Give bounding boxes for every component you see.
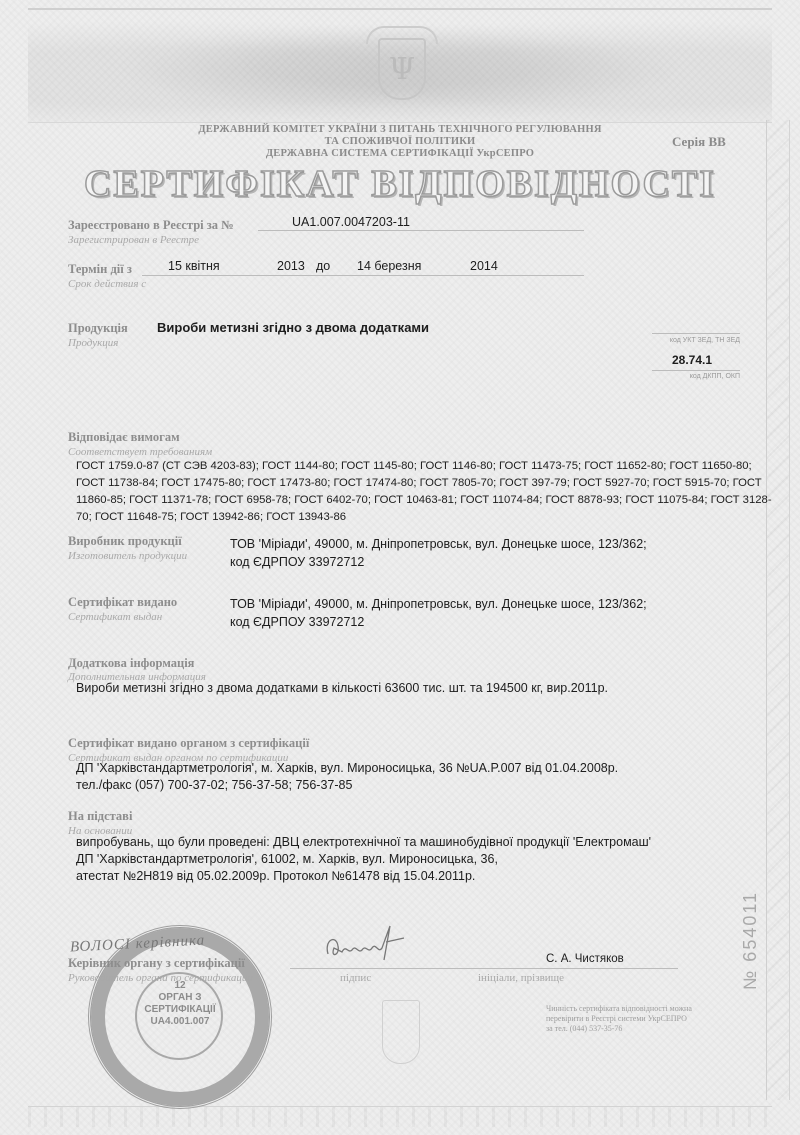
issued-to-label-ru: Сертификат выдан xyxy=(68,611,162,623)
signature-mark xyxy=(320,920,430,966)
product-value: Вироби метизні згідно з двома додатками xyxy=(157,320,429,335)
manufacturer-address: ТОВ 'Міріади', 49000, м. Дніпропетровськ… xyxy=(230,537,647,551)
registry-label-ru: Зарегистрирован в Реестре xyxy=(68,234,199,246)
ornamental-frame-bottom xyxy=(28,1106,772,1127)
validity-underline xyxy=(142,275,584,276)
issued-to-code: код ЄДРПОУ 33972712 xyxy=(230,615,364,629)
issuing-body-line-2: тел./факс (057) 700-37-02; 756-37-58; 75… xyxy=(76,778,352,792)
code-ukt-zed-caption: код УКТ ЗЕД, ТН ЗЕД xyxy=(600,337,740,344)
validity-from-year: 2013 xyxy=(277,259,305,273)
watermark-trident-icon xyxy=(382,1000,420,1064)
validity-to-date: 14 березня xyxy=(357,259,421,273)
validity-to-year: 2014 xyxy=(470,259,498,273)
issued-to-address: ТОВ 'Міріади', 49000, м. Дніпропетровськ… xyxy=(230,597,647,611)
trident-icon: Ψ xyxy=(378,38,426,100)
validity-to-word: до xyxy=(316,259,330,273)
requirements-label-ru: Соответствует требованиям xyxy=(68,446,212,458)
name-caption: ініціали, прізвище xyxy=(478,972,564,984)
registry-number: UA1.007.0047203-11 xyxy=(292,215,410,229)
series-label: Серія ВВ xyxy=(672,134,726,150)
signature-caption: підпис xyxy=(340,972,371,984)
ornamental-frame-right xyxy=(766,120,790,1100)
manufacturer-label: Виробник продукції xyxy=(68,534,182,549)
basis-line-3: атестат №2Н819 від 05.02.2009р. Протокол… xyxy=(76,869,475,883)
validity-label-ru: Срок действия с xyxy=(68,278,146,290)
registry-label: Зареєстровано в Реєстрі за № xyxy=(68,218,234,233)
requirements-standards-list: ГОСТ 1759.0-87 (СТ СЭВ 4203-83); ГОСТ 11… xyxy=(76,458,776,526)
issued-to-label: Сертифікат видано xyxy=(68,595,177,610)
code-ukt-zed-underline xyxy=(652,333,740,334)
code-dkpp-value: 28.74.1 xyxy=(672,353,712,367)
code-dkpp-caption: код ДКПП, ОКП xyxy=(600,373,740,380)
document-title: СЕРТИФІКАТ ВІДПОВІДНОСТІ xyxy=(0,162,800,206)
stamp-line-2: СЕРТИФІКАЦІЇ xyxy=(91,1004,269,1016)
stamp-line-3: UA4.001.007 xyxy=(91,1016,269,1028)
footnote-line-3: за тел. (044) 537-35-76 xyxy=(546,1024,746,1034)
verification-footnote: Чинність сертифіката відповідності можна… xyxy=(546,1004,746,1034)
serial-number: № 654011 xyxy=(740,891,761,990)
code-dkpp-underline xyxy=(652,370,740,371)
head-of-body-label: Керівник органу з сертифікації xyxy=(68,956,245,971)
signature-underline xyxy=(290,968,678,969)
stamp-text: 12 ОРГАН З СЕРТИФІКАЦІЇ UA4.001.007 xyxy=(91,980,269,1028)
issuing-body-label: Сертифікат видано органом з сертифікації xyxy=(68,736,309,751)
footnote-line-1: Чинність сертифіката відповідності можна xyxy=(546,1004,746,1014)
manufacturer-label-ru: Изготовитель продукции xyxy=(68,550,187,562)
validity-from-date: 15 квітня xyxy=(168,259,220,273)
basis-line-2: ДП 'Харківстандартметрологія', 61002, м.… xyxy=(76,852,498,866)
additional-info-value: Вироби метизні згідно з двома додатками … xyxy=(76,681,608,695)
stamp-line-1: ОРГАН З xyxy=(91,992,269,1004)
issuer-header: ДЕРЖАВНИЙ КОМІТЕТ УКРАЇНИ З ПИТАНЬ ТЕХНІ… xyxy=(150,124,650,160)
manufacturer-code: код ЄДРПОУ 33972712 xyxy=(230,555,364,569)
basis-line-1: випробувань, що були проведені: ДВЦ елек… xyxy=(76,835,651,849)
signer-name: С. А. Чистяков xyxy=(546,953,624,965)
header-line-2: ТА СПОЖИВЧОЇ ПОЛІТИКИ xyxy=(150,136,650,148)
validity-label: Термін дії з xyxy=(68,262,132,277)
basis-label: На підставі xyxy=(68,809,132,824)
product-label-ru: Продукция xyxy=(68,337,118,349)
head-of-body-label-ru: Руководитель органа по сертификации xyxy=(68,972,253,984)
additional-info-label: Додаткова інформація xyxy=(68,656,194,671)
registry-underline xyxy=(258,230,584,231)
footnote-line-2: перевірити в Реєстрі системи УкрСЕПРО xyxy=(546,1014,746,1024)
issuing-body-line-1: ДП 'Харківстандартметрологія', м. Харків… xyxy=(76,761,618,775)
requirements-label: Відповідає вимогам xyxy=(68,430,180,445)
header-line-1: ДЕРЖАВНИЙ КОМІТЕТ УКРАЇНИ З ПИТАНЬ ТЕХНІ… xyxy=(150,124,650,136)
header-line-3: ДЕРЖАВНА СИСТЕМА СЕРТИФІКАЦІЇ УкрСЕПРО xyxy=(150,148,650,160)
product-label: Продукція xyxy=(68,321,128,336)
